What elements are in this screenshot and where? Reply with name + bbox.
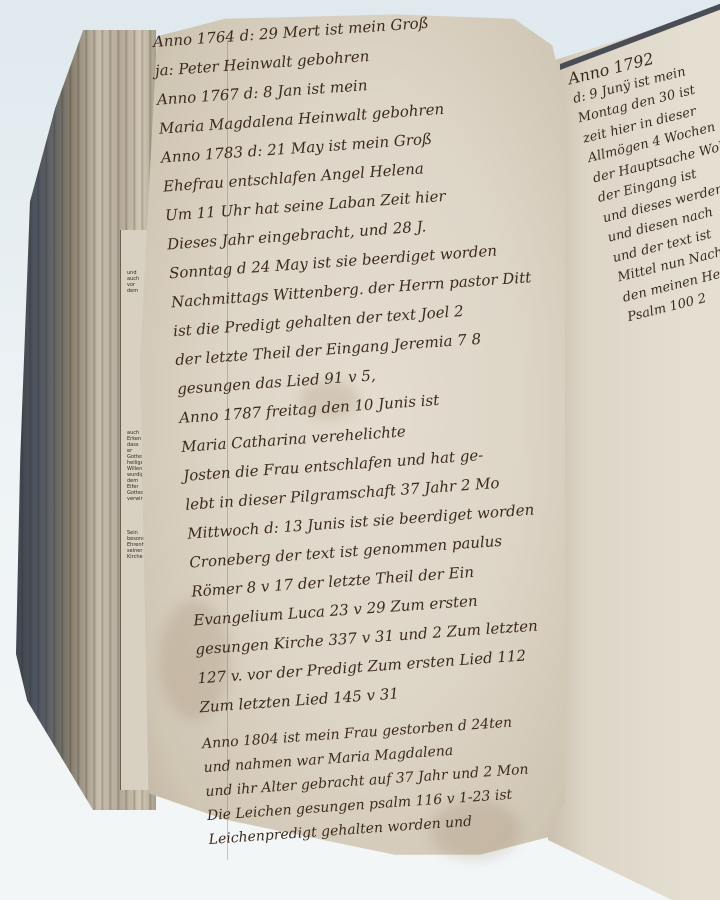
printed-fragment: und auch vor dem [127, 270, 145, 294]
handwritten-entries: Anno 1764 d: 29 Mert ist mein Groß ja: P… [152, 0, 619, 852]
printed-fragment: Sein besonderes Ehrenheil seiner Kirche [127, 530, 145, 570]
photo-scene: Anno 1792 d: 9 Junÿ ist mein Montag den … [0, 0, 720, 900]
